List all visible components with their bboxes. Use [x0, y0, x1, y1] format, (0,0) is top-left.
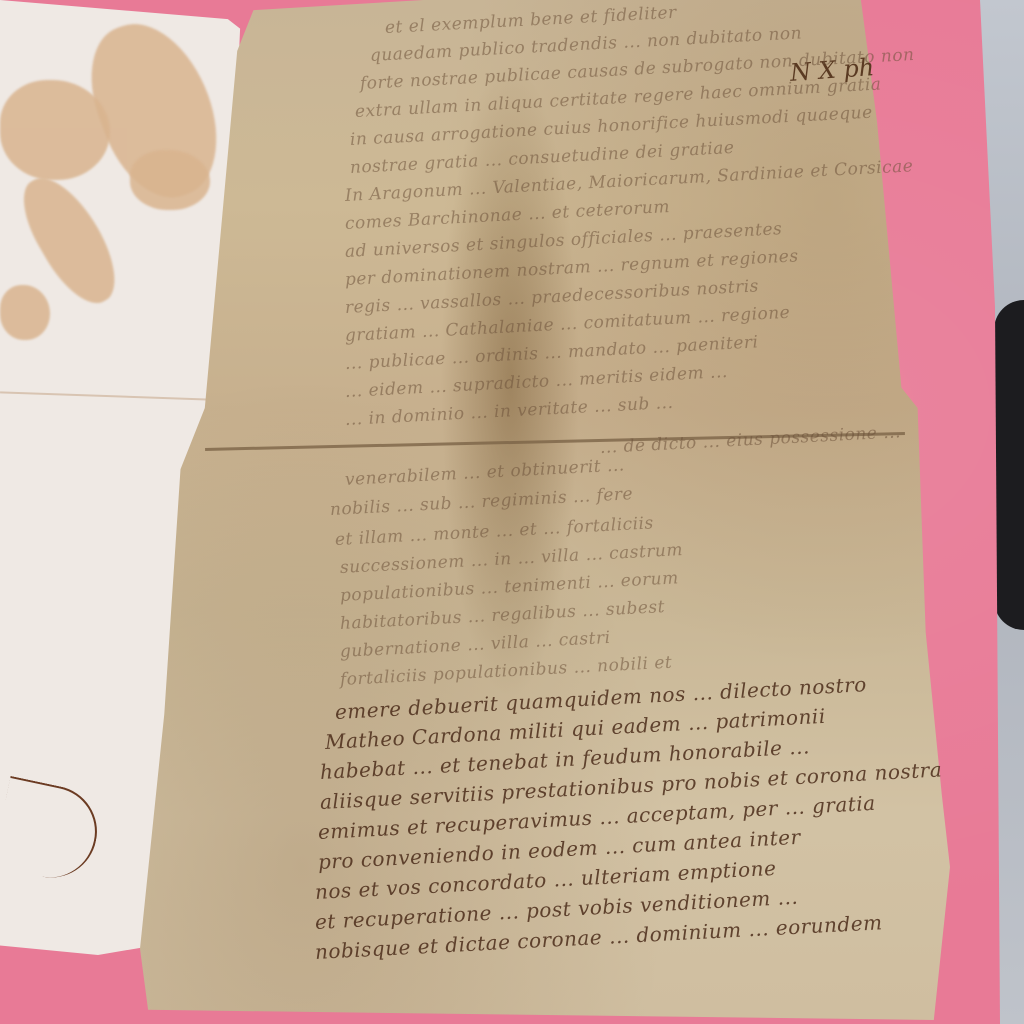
text-line: venerabilem ... et obtinuerit ... — [344, 455, 625, 490]
handwritten-text: N X ph et el exemplum bene et fideliter … — [0, 0, 1024, 1024]
manuscript-photo: N X ph et el exemplum bene et fideliter … — [0, 0, 1024, 1024]
text-line: ... de dicto ... eius possessione ... — [599, 422, 901, 458]
text-line: gubernatione ... villa ... castri — [339, 628, 611, 662]
text-line: nobilis ... sub ... regiminis ... fere — [329, 484, 633, 520]
